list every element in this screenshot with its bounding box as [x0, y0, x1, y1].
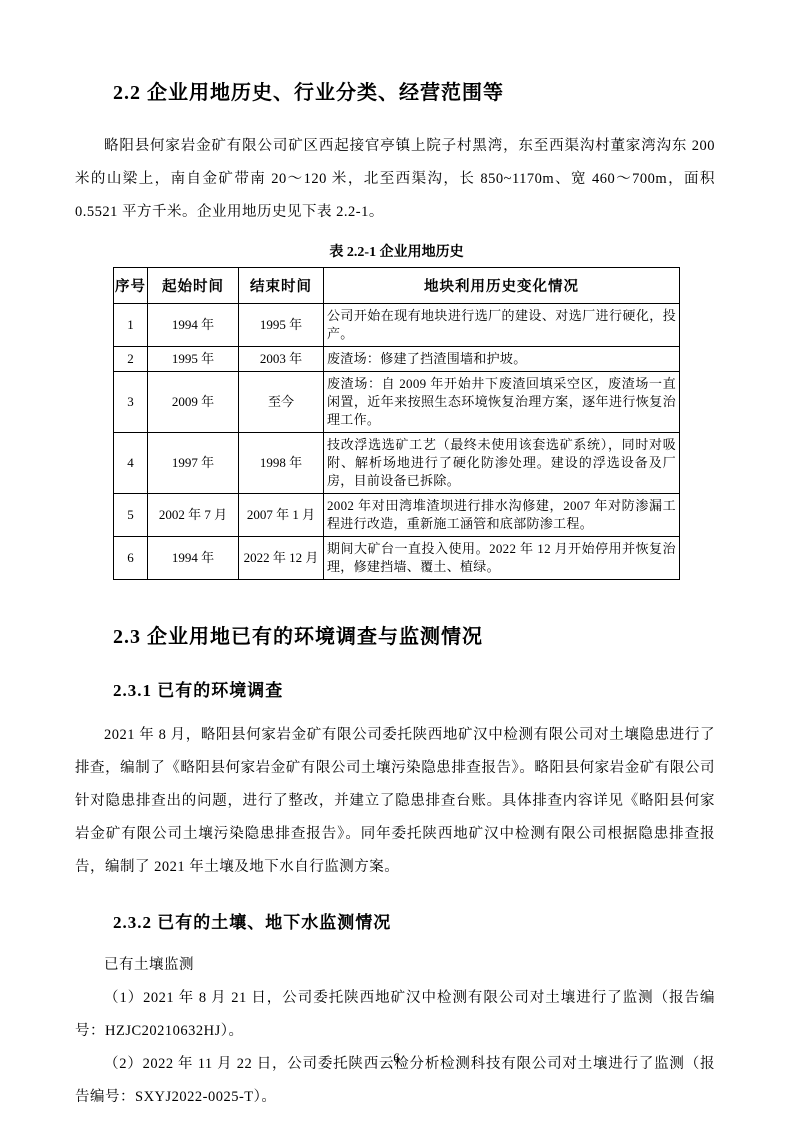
cell-start: 1994 年: [148, 304, 239, 347]
cell-end: 1995 年: [239, 304, 324, 347]
cell-index: 3: [114, 372, 148, 433]
cell-start: 2009 年: [148, 372, 239, 433]
cell-start: 1997 年: [148, 433, 239, 494]
land-use-history-table: 序号 起始时间 结束时间 地块利用历史变化情况 1 1994 年 1995 年 …: [113, 267, 680, 580]
cell-description: 技改浮选选矿工艺（最终未使用该套选矿系统），同时对吸附、解析场地进行了硬化防渗处…: [324, 433, 680, 494]
page-content: 2.2 企业用地历史、行业分类、经营范围等 略阳县何家岩金矿有限公司矿区西起接官…: [75, 76, 715, 1114]
cell-end: 至今: [239, 372, 324, 433]
paragraph-2-3-1: 2021 年 8 月，略阳县何家岩金矿有限公司委托陕西地矿汉中检测有限公司对土壤…: [75, 719, 715, 884]
cell-start: 1995 年: [148, 347, 239, 372]
cell-start: 1994 年: [148, 537, 239, 580]
cell-description: 2002 年对田湾堆渣坝进行排水沟修建，2007 年对防渗漏工程进行改造，重新施…: [324, 494, 680, 537]
cell-index: 1: [114, 304, 148, 347]
col-header-end: 结束时间: [239, 268, 324, 304]
cell-description: 废渣场：修建了挡渣围墙和护坡。: [324, 347, 680, 372]
col-header-index: 序号: [114, 268, 148, 304]
cell-start: 2002 年 7 月: [148, 494, 239, 537]
table-row: 5 2002 年 7 月 2007 年 1 月 2002 年对田湾堆渣坝进行排水…: [114, 494, 680, 537]
paragraph-2-2: 略阳县何家岩金矿有限公司矿区西起接官亭镇上院子村黑湾，东至西渠沟村董家湾沟东 2…: [75, 130, 715, 229]
table-row: 1 1994 年 1995 年 公司开始在现有地块进行选厂的建设、对选厂进行硬化…: [114, 304, 680, 347]
table-caption: 表 2.2-1 企业用地历史: [113, 241, 680, 261]
cell-index: 5: [114, 494, 148, 537]
table-header-row: 序号 起始时间 结束时间 地块利用历史变化情况: [114, 268, 680, 304]
cell-description: 期间大矿台一直投入使用。2022 年 12 月开始停用并恢复治理，修建挡墙、覆土…: [324, 537, 680, 580]
document-page: 2.2 企业用地历史、行业分类、经营范围等 略阳县何家岩金矿有限公司矿区西起接官…: [0, 0, 793, 1122]
table-row: 3 2009 年 至今 废渣场：自 2009 年开始井下废渣回填采空区，废渣场一…: [114, 372, 680, 433]
soil-monitoring-lead: 已有土壤监测: [75, 949, 715, 982]
col-header-start: 起始时间: [148, 268, 239, 304]
heading-2-3: 2.3 企业用地已有的环境调查与监测情况: [113, 620, 715, 649]
cell-end: 2007 年 1 月: [239, 494, 324, 537]
cell-index: 6: [114, 537, 148, 580]
page-number: 6: [0, 1050, 793, 1066]
cell-description: 废渣场：自 2009 年开始井下废渣回填采空区，废渣场一直闲置，近年来按照生态环…: [324, 372, 680, 433]
table-row: 2 1995 年 2003 年 废渣场：修建了挡渣围墙和护坡。: [114, 347, 680, 372]
cell-end: 1998 年: [239, 433, 324, 494]
col-header-description: 地块利用历史变化情况: [324, 268, 680, 304]
cell-description: 公司开始在现有地块进行选厂的建设、对选厂进行硬化，投产。: [324, 304, 680, 347]
table-row: 4 1997 年 1998 年 技改浮选选矿工艺（最终未使用该套选矿系统），同时…: [114, 433, 680, 494]
cell-index: 4: [114, 433, 148, 494]
cell-end: 2003 年: [239, 347, 324, 372]
cell-index: 2: [114, 347, 148, 372]
table-row: 6 1994 年 2022 年 12 月 期间大矿台一直投入使用。2022 年 …: [114, 537, 680, 580]
monitoring-item-1: （1）2021 年 8 月 21 日，公司委托陕西地矿汉中检测有限公司对土壤进行…: [75, 982, 715, 1048]
cell-end: 2022 年 12 月: [239, 537, 324, 580]
heading-2-3-1: 2.3.1 已有的环境调查: [113, 676, 715, 701]
heading-2-2: 2.2 企业用地历史、行业分类、经营范围等: [113, 76, 715, 105]
heading-2-3-2: 2.3.2 已有的土壤、地下水监测情况: [113, 908, 715, 933]
